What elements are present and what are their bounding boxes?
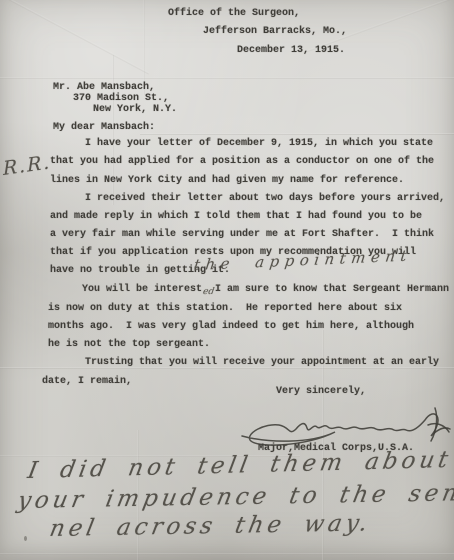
recipient-city: New York, N.Y. [93, 104, 177, 115]
body-line: he is not the top sergeant. [48, 339, 210, 350]
fold-crease-vertical [143, 0, 145, 95]
body-line: a very fair man while serving under me a… [50, 229, 434, 240]
letterhead-date-line: December 13, 1915. [237, 45, 345, 56]
body-line: I have your letter of December 9, 1915, … [85, 138, 433, 149]
fold-crease-horizontal [140, 133, 454, 135]
body-line: date, I remain, [42, 376, 132, 387]
salutation: My dear Mansbach: [53, 122, 155, 133]
body-line: that you had applied for a position as a… [50, 156, 434, 167]
fold-crease-horizontal [0, 553, 454, 555]
letterhead-office-line: Office of the Surgeon, [168, 8, 300, 19]
postscript-line-handwritten: I did not tell them about [26, 447, 454, 484]
body-line: I received their letter about two days b… [85, 193, 445, 204]
ed-insertion-handwritten: ed [202, 287, 215, 297]
fold-crease-horizontal [0, 77, 454, 79]
body-line-fragment: I am sure to know that Sergeant Hermann [215, 284, 449, 295]
fold-crease-diagonal [0, 0, 149, 74]
body-line: is now on duty at this station. He repor… [48, 303, 402, 314]
recipient-name: Mr. Abe Mansbach, [53, 82, 155, 93]
postscript-line-handwritten: your impudence to the senti- [15, 480, 454, 514]
body-line: and made reply in which I told them that… [50, 211, 422, 222]
postscript-line-handwritten: nel across the way. [47, 510, 373, 542]
recipient-street: 370 Madison St., [73, 93, 169, 104]
letter-page: Office of the Surgeon, Jefferson Barrack… [0, 0, 454, 560]
margin-note-handwritten: R.R. [3, 151, 52, 180]
body-line: months ago. I was very glad indeed to ge… [48, 321, 414, 332]
letterhead-location-line: Jefferson Barracks, Mo., [203, 26, 347, 37]
ink-smudge [24, 536, 27, 541]
body-line: lines in New York City and had given my … [50, 175, 404, 186]
valediction: Very sincerely, [276, 386, 366, 397]
body-line: Trusting that you will receive your appo… [85, 357, 439, 368]
body-line-fragment: You will be interest [82, 284, 202, 295]
